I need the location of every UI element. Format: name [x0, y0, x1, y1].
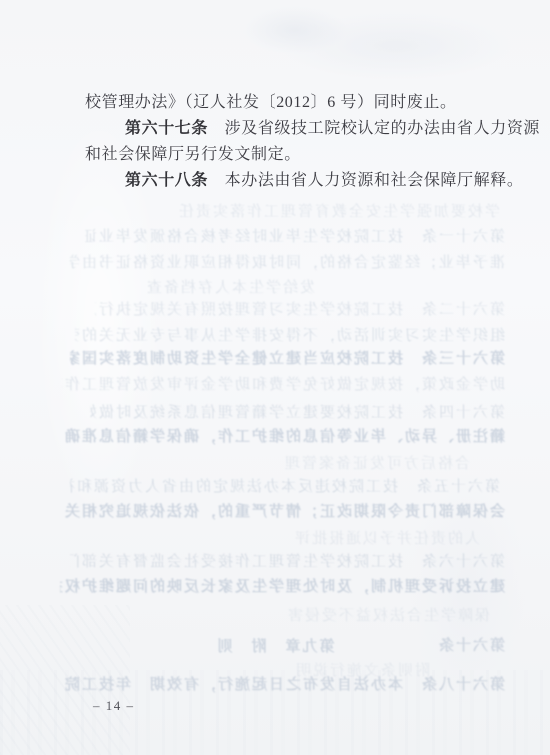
document-text-line: 第六十八条 本办法由省人力资源和社会保障厅解释。	[85, 168, 507, 194]
bleed-through-line: 组织学生实习实训活动，不得安排学生从事与专业无关的劳动	[75, 327, 505, 345]
article-number-label: 第六十七条	[125, 120, 208, 137]
document-text-block: 校管理办法》（辽人社发〔2012〕6 号）同时废止。第六十七条 涉及省级技工院校…	[85, 90, 507, 194]
bleed-through-line: 第六十条	[405, 637, 505, 655]
document-text-line: 和社会保障厅另行发文制定。	[85, 142, 507, 168]
bleed-through-line: 第六十一条 技工院校学生毕业时经考核合格颁发毕业证书	[85, 228, 505, 246]
bleed-through-line: 保障学生合法权益不受侵害	[90, 607, 490, 625]
document-text-line: 校管理办法》（辽人社发〔2012〕6 号）同时废止。	[85, 90, 507, 116]
scanned-document-page: 学校要加强学生安全教育管理工作落实责任第六十一条 技工院校学生毕业时经考核合格颁…	[0, 0, 550, 755]
bleed-through-line: 第六十五条 技工院校违反本办法规定的由省人力资源和社	[70, 478, 500, 496]
bleed-through-line: 建立投诉受理机制，及时处理学生及家长反映的问题维护权益	[60, 578, 505, 596]
bleed-through-line: 学校要加强学生安全教育管理工作落实责任	[165, 203, 500, 221]
scan-artifact-corner-streaks	[0, 605, 130, 755]
bleed-through-line: 会保障部门责令限期改正；情节严重的，依法依规追究相关责任	[65, 503, 505, 521]
scan-smudge	[230, 0, 360, 60]
page-number: – 14 –	[93, 698, 135, 714]
bleed-through-line: 籍注册、异动、毕业等信息的维护工作，确保学籍信息准确完整	[65, 428, 505, 446]
bleed-through-line: 第六十四条 技工院校要建立学籍管理信息系统及时做好学	[90, 404, 505, 422]
bleed-through-line: 第六十六条 技工院校学生管理工作接受社会监督有关部门	[70, 553, 505, 571]
bleed-through-line: 第六十三条 技工院校应当建立健全学生资助制度落实国家	[70, 350, 505, 368]
bleed-through-line: 第六十八条 本办法自发布之日起施行，有效期 年技工院	[60, 676, 505, 694]
bleed-through-line: 附则条文施行说明	[130, 662, 430, 680]
bleed-through-line: 助学金政策，按规定做好免学费和助学金评审发放管理工作项	[62, 376, 505, 394]
bleed-through-line: 第六十二条 技工院校学生实习管理按照有关规定执行严格	[95, 301, 505, 319]
bleed-through-line: 第九章 附 则	[185, 638, 365, 656]
document-text-line: 第六十七条 涉及省级技工院校认定的办法由省人力资源	[85, 116, 507, 142]
bleed-through-line: 发给学生本人存档备查	[85, 279, 315, 297]
article-number-label: 第六十八条	[125, 172, 208, 189]
bleed-through-line: 准予毕业；经鉴定合格的，同时取得相应职业资格证书由学校	[70, 254, 505, 272]
bleed-through-line: 合格后方可发证备案管理	[90, 455, 470, 473]
bleed-through-line: 人的责任并予以通报批评	[100, 530, 480, 548]
scan-artifact-bottom-streaks	[0, 670, 550, 755]
